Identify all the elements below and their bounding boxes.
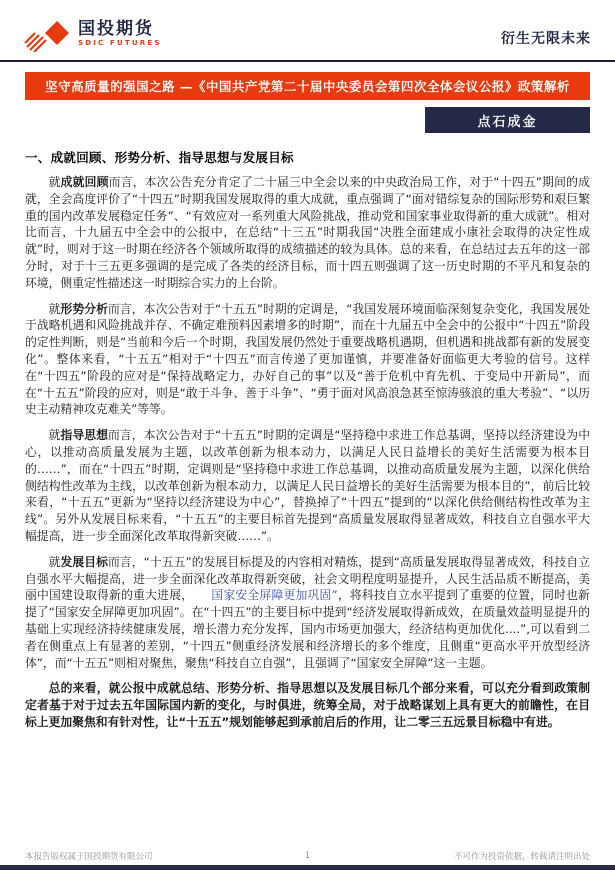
- text-segment-normal: 而言，本次公告充分肯定了二十届三中全会以来的中央政治局工作，对于“十四五”期间的…: [25, 175, 590, 290]
- text-segment-blue: 国家安全屏障更加巩固”: [211, 588, 337, 602]
- page-footer: 1 本报告版权属于国投期货有限公司 不可作为投资依据，转载请注明出处: [0, 844, 615, 870]
- report-title: 坚守高质量的强国之路 —《中国共产党第二十届中央委员会第四次全体会议公报》政策解…: [45, 77, 570, 95]
- text-segment-bold: 总的来看，就公报中成就总结、形势分析、指导思想以及发展目标几个部分来看，可以充分…: [25, 681, 590, 729]
- text-segment-normal: 就: [49, 175, 61, 189]
- logo-diamond-icon: [24, 16, 70, 52]
- footer-copyright: 本报告版权属于国投期货有限公司: [25, 850, 153, 862]
- footer-row: 1 本报告版权属于国投期货有限公司 不可作为投资依据，转载请注明出处: [25, 850, 590, 862]
- paragraph: 就指导思想而言，本次公告对于“十五五”时期的定调是“坚持稳中求进工作总基调，坚持…: [25, 427, 590, 545]
- footer-disclaimer: 不可作为投资依据，转载请注明出处: [454, 850, 590, 862]
- series-badge: 点石成金: [425, 107, 590, 133]
- page-header: 国投期货 SDIC FUTURES 衍生无限未来: [0, 0, 615, 62]
- text-segment-normal: 就: [49, 555, 61, 569]
- text-segment-bold: 形势分析: [60, 302, 108, 316]
- logo-name-en: SDIC FUTURES: [78, 40, 162, 47]
- logo-text: 国投期货 SDIC FUTURES: [78, 21, 162, 47]
- series-badge-label: 点石成金: [477, 111, 537, 130]
- paragraph: 总的来看，就公报中成就总结、形势分析、指导思想以及发展目标几个部分来看，可以充分…: [25, 680, 590, 730]
- text-segment-bold: 指导思想: [60, 428, 108, 442]
- text-segment-bold: 发展目标: [60, 555, 108, 569]
- bottom-navy-bar: [0, 865, 615, 870]
- report-title-banner: 坚守高质量的强国之路 —《中国共产党第二十届中央委员会第四次全体会议公报》政策解…: [25, 72, 590, 100]
- text-segment-normal: 而言，本次公告对于“十五五”时期的定调是“坚持稳中求进工作总基调，坚持以经济建设…: [25, 428, 590, 543]
- text-segment-normal: 而言，本次公告对于“十五五”时期的定调是，“我国发展环境面临深刻复杂变化，我国发…: [25, 302, 590, 417]
- paragraph: 就形势分析而言，本次公告对于“十五五”时期的定调是，“我国发展环境面临深刻复杂变…: [25, 301, 590, 419]
- article-body: 一、成就回顾、形势分析、指导思想与发展目标 就成就回顾而言，本次公告充分肯定了二…: [25, 148, 590, 740]
- paragraph: 就成就回顾而言，本次公告充分肯定了二十届三中全会以来的中央政治局工作，对于“十四…: [25, 174, 590, 292]
- report-page: 国投期货 SDIC FUTURES 衍生无限未来 坚守高质量的强国之路 —《中国…: [0, 0, 615, 870]
- text-segment-normal: 就: [49, 302, 61, 316]
- header-tagline: 衍生无限未来: [501, 28, 591, 48]
- text-segment-bold: 成就回顾: [61, 175, 109, 189]
- company-logo: 国投期货 SDIC FUTURES: [24, 16, 162, 52]
- text-segment-normal: 就: [49, 428, 61, 442]
- section-heading: 一、成就回顾、形势分析、指导思想与发展目标: [25, 148, 590, 166]
- logo-name-cn: 国投期货: [78, 21, 162, 38]
- article-paragraphs: 就成就回顾而言，本次公告充分肯定了二十届三中全会以来的中央政治局工作，对于“十四…: [25, 174, 590, 731]
- paragraph: 就发展目标而言，“十五五”的发展目标提及的内容相对精炼，提到“高质量发展取得显著…: [25, 554, 590, 672]
